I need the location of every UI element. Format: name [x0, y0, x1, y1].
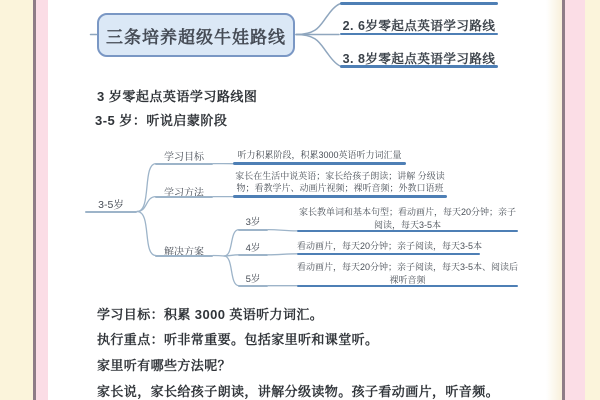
branch-1-underline — [340, 2, 498, 5]
connector-age4-content — [268, 254, 297, 255]
paragraph-question: 家里听有哪些方法呢？ — [97, 355, 231, 374]
method-underline — [155, 196, 213, 198]
paragraph-learning-goal: 学习目标：积累 3000 英语听力词汇。 — [97, 304, 323, 323]
goal-content-underline — [233, 162, 406, 165]
connector-fork-to-age5 — [224, 256, 239, 286]
stage-title: 3-5 岁：听说启蒙阶段 — [95, 110, 227, 129]
age3-content: 家长教单词和基本句型；看动画片，每天20分钟；亲子 阅读，每天3-5本 — [297, 206, 518, 231]
age4-content-underline — [297, 253, 480, 256]
node-3-5-underline — [85, 211, 137, 213]
bracket-curve-top — [296, 4, 341, 35]
branch-3-label: 3. 8岁零起点英语学习路线 — [340, 49, 498, 67]
branch-2-label: 2. 6岁零起点英语学习路线 — [340, 16, 498, 34]
goal-content: 听力积累阶段，积累3000英语听力词汇量 — [233, 149, 406, 161]
age5-content-underline — [297, 285, 518, 288]
age5-underline — [238, 285, 268, 287]
mindmap-root-node: 三条培养超级牛娃路线 — [97, 13, 295, 57]
age4-content: 看动画片，每天20分钟；亲子阅读，每天3-5本 — [297, 240, 480, 252]
connector-age3-content — [268, 230, 297, 231]
age3-content-line1: 家长教单词和基本句型；看动画片，每天20分钟；亲子 — [297, 206, 518, 219]
node-3-5-label: 3-5岁 — [80, 197, 142, 212]
connector-solution-fork — [213, 256, 224, 257]
method-content: 家长在生活中说英语；家长给孩子朗读；讲解 分级读 物；看教学片、动画片视频；裸听… — [233, 170, 447, 194]
paragraph-execution-focus: 执行重点：听非常重要。包括家里听和课堂听。 — [97, 329, 378, 348]
age3-underline — [238, 229, 268, 231]
method-content-line1: 家长在生活中说英语；家长给孩子朗读；讲解 分级读 — [233, 170, 447, 182]
age4-label: 4岁 — [238, 240, 268, 254]
age3-content-underline — [297, 230, 518, 233]
roadmap-title: 3 岁零起点英语学习路线图 — [97, 86, 257, 105]
solution-underline — [155, 255, 213, 257]
goal-label: 学习目标 — [155, 148, 213, 163]
branch-2-underline — [340, 33, 498, 36]
bracket-curve-bottom — [296, 35, 341, 67]
age3-label: 3岁 — [238, 214, 268, 228]
connector-root-to-solution — [137, 212, 156, 256]
age5-content: 看动画片，每天20分钟；亲子阅读，每天3-5本、阅读后 裸听音频 — [297, 261, 518, 286]
goal-underline — [155, 163, 213, 165]
branch-3-underline — [340, 65, 498, 68]
paragraph-methods: 家长说，家长给孩子朗读，讲解分级读物。孩子看动画片，听音频。 — [97, 381, 499, 400]
age5-label: 5岁 — [238, 271, 268, 285]
age4-underline — [238, 254, 268, 256]
method-content-underline — [233, 195, 447, 198]
age5-content-line1: 看动画片，每天20分钟；亲子阅读，每天3-5本、阅读后 — [297, 261, 518, 274]
method-content-line2: 物；看教学片、动画片视频；裸听音频；外教口语班 — [233, 182, 447, 194]
mindmap-root-label: 三条培养超级牛娃路线 — [106, 23, 286, 48]
connector-fork-to-age3 — [224, 230, 239, 256]
